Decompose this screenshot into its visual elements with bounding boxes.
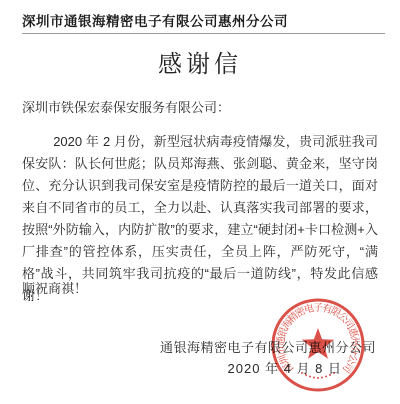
letter-title: 感谢信: [0, 44, 400, 79]
header-divider: [22, 33, 385, 34]
salutation-recipient: 深圳市铁保宏泰保安服务有限公司：: [22, 97, 230, 116]
letter-page: 深圳市通银海精密电子有限公司惠州分公司 感谢信 深圳市铁保宏泰保安服务有限公司：…: [0, 0, 400, 404]
header-company-name: 深圳市通银海精密电子有限公司惠州分公司: [22, 10, 288, 30]
signature-company-name: 通银海精密电子有限公司惠州分公司: [160, 337, 376, 356]
closing-phrase: 顺祝商祺！: [22, 278, 87, 297]
signature-date: 2020 年 4 月 8 日: [228, 358, 342, 377]
